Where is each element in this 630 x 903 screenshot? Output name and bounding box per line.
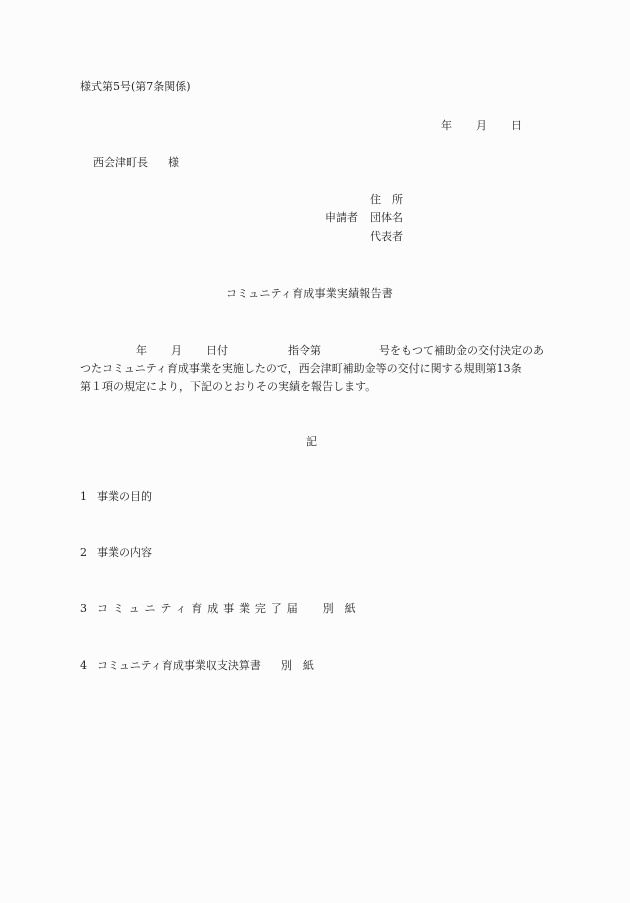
item-label: 事業の目的 xyxy=(97,490,152,503)
item-attachment: 別紙 xyxy=(323,602,356,616)
item-number: 4 xyxy=(80,659,97,673)
list-item: 4コミュニティ育成事業収支決算書別紙 xyxy=(80,659,314,673)
attachment-char-1: 別 xyxy=(323,602,334,615)
item-number: 2 xyxy=(80,546,97,560)
body-paragraph: 年月日付指令第号をもつて補助金の交付決定のあ つたコミュニティ育成事業を実施した… xyxy=(80,342,550,396)
body-line-2: つたコミュニティ育成事業を実施したので，西会津町補助金等の交付に関する規則第13… xyxy=(80,360,550,378)
item-number: 1 xyxy=(80,490,97,504)
record-heading: 記 xyxy=(306,435,317,449)
date-day-label: 日 xyxy=(511,119,522,133)
body-line-1: 年月日付指令第号をもつて補助金の交付決定のあ xyxy=(80,342,550,360)
form-number: 様式第5号(第7条関係) xyxy=(80,80,191,94)
item-label: コミュニティ育成事業完了届 xyxy=(97,602,303,615)
applicant-organization-label: 団体名 xyxy=(370,211,403,225)
addressee: 西会津町長様 xyxy=(93,156,179,170)
attachment-char-2: 紙 xyxy=(303,659,314,672)
applicant-representative-label: 代表者 xyxy=(370,230,403,244)
list-item: 3コミュニティ育成事業完了届別紙 xyxy=(80,602,356,616)
attachment-char-2: 紙 xyxy=(345,602,356,615)
body-month: 月 xyxy=(171,344,182,357)
item-label: 事業の内容 xyxy=(97,546,152,559)
applicant-address-label: 住所 xyxy=(370,193,403,207)
item-number: 3 xyxy=(80,602,97,616)
addressee-honorific: 様 xyxy=(168,156,179,169)
body-line-1-rest: 号をもつて補助金の交付決定のあ xyxy=(379,344,544,357)
attachment-char-1: 別 xyxy=(281,659,292,672)
addressee-name: 西会津町長 xyxy=(93,156,148,169)
date-year-label: 年 xyxy=(441,119,452,133)
body-order-prefix: 指令第 xyxy=(288,344,321,357)
item-label: コミュニティ育成事業収支決算書 xyxy=(97,659,261,672)
item-attachment: 別紙 xyxy=(281,659,314,673)
address-char-2: 所 xyxy=(392,193,403,206)
document-title: コミュニティ育成事業実績報告書 xyxy=(226,287,393,301)
address-char-1: 住 xyxy=(370,193,381,206)
applicant-label: 申請者 xyxy=(325,211,358,225)
date-line: 年月日 xyxy=(441,119,522,133)
date-month-label: 月 xyxy=(476,119,487,133)
list-item: 1事業の目的 xyxy=(80,490,152,504)
body-line-3: 第１項の規定により，下記のとおりその実績を報告します。 xyxy=(80,378,550,396)
body-year: 年 xyxy=(136,344,147,357)
list-item: 2事業の内容 xyxy=(80,546,152,560)
body-day: 日付 xyxy=(206,344,228,357)
